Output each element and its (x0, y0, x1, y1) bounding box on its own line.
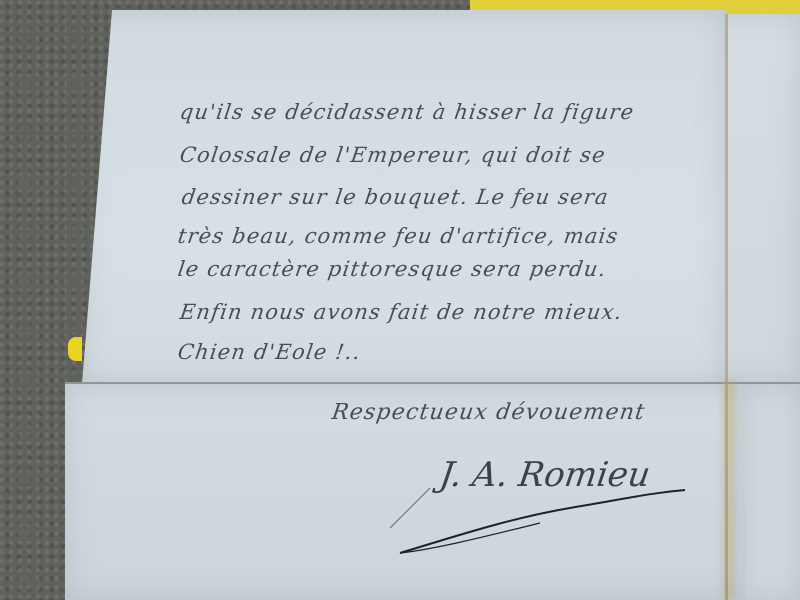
letter-line-3: dessiner sur le bouquet. Le feu sera (180, 185, 610, 209)
letter-line-1: qu'ils se décidassent à hisser la figure (178, 100, 636, 124)
yellow-backing-tab (68, 337, 82, 361)
vertical-fold-crease (725, 14, 728, 600)
signature-flourish (390, 478, 690, 558)
letter-line-6: Enfin nous avons fait de notre mieux. (178, 300, 624, 324)
letter-closing: Respectueux dévouement (330, 400, 647, 425)
letter-panel-bottom-right (740, 384, 800, 600)
letter-line-2: Colossale de l'Empereur, qui doit se (178, 143, 607, 167)
letter-line-4: très beau, comme feu d'artifice, mais (176, 224, 620, 248)
letter-line-5: le caractère pittoresque sera perdu. (176, 257, 608, 281)
letter-line-7: Chien d'Eole !.. (176, 340, 362, 364)
horizontal-fold-crease (65, 382, 800, 384)
